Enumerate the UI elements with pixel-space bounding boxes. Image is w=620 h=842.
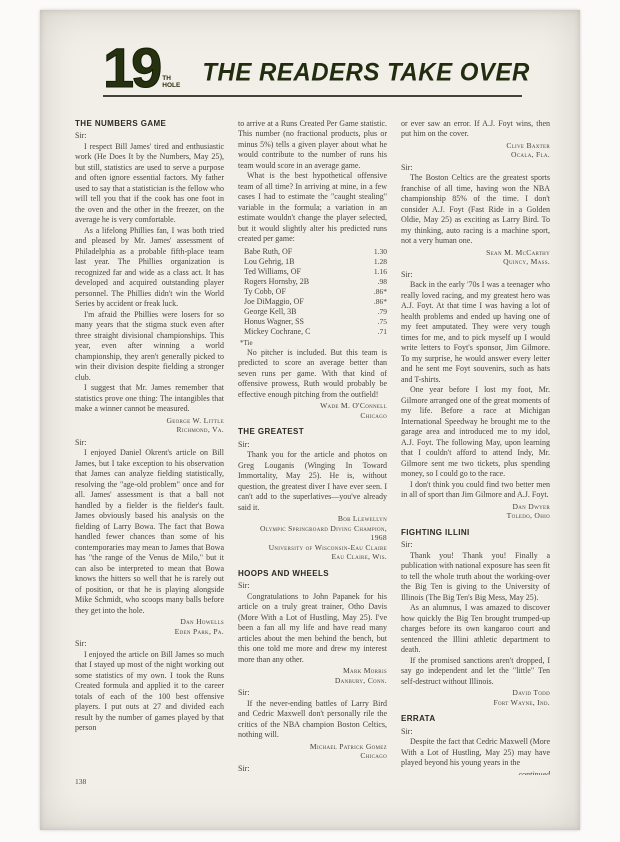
signature-location: Chicago — [238, 411, 387, 421]
salutation: Sir: — [238, 581, 387, 592]
page-title: THE READERS TAKE OVER — [202, 58, 529, 87]
player-stat-row: Lou Gehrig, 1B1.28 — [244, 257, 387, 267]
signature-location: Fort Wayne, Ind. — [401, 698, 550, 708]
letter-paragraph: The Boston Celtics are the greatest spor… — [401, 173, 550, 247]
signature-name: Dan Howells — [75, 617, 224, 627]
letter-paragraph: I'm afraid the Phillies were losers for … — [75, 310, 224, 384]
signature-location: Richmond, Va. — [75, 425, 224, 435]
signature-location: Toledo, Ohio — [401, 511, 550, 521]
signature-name: Michael Patrick Gomez — [238, 742, 387, 752]
letter-paragraph: What is the best hypothetical offensive … — [238, 171, 387, 245]
player-stats-list: Babe Ruth, OF1.30 Lou Gehrig, 1B1.28 Ted… — [244, 247, 387, 337]
signature-year: 1968 — [238, 533, 387, 543]
player-value: .71 — [378, 327, 387, 337]
player-value: .79 — [378, 307, 387, 317]
letter-signature: Clive Baxter Ocala, Fla. — [401, 141, 550, 160]
salutation: Sir: — [238, 440, 387, 451]
letter-paragraph: I enjoyed Daniel Okrent's article on Bil… — [75, 448, 224, 616]
hole-word: HOLE — [162, 82, 180, 89]
signature-name: Bob Llewellyn — [238, 514, 387, 524]
continued-marker: continued — [401, 770, 550, 775]
salutation: Sir: — [401, 727, 550, 738]
letter-signature: Michael Patrick Gomez Chicago — [238, 742, 387, 761]
letter-paragraph: Technical foul, gentlemen. Foyt's 500 wi… — [238, 774, 387, 775]
page-number: 138 — [75, 777, 86, 786]
letter-paragraph: Despite the fact that Cedric Maxwell (Mo… — [401, 737, 550, 769]
letter-paragraph: As an alumnus, I was amazed to discover … — [401, 603, 550, 656]
section-heading-fighting: FIGHTING ILLINI — [401, 528, 550, 539]
letter-paragraph: I suggest that Mr. James remember that s… — [75, 383, 224, 415]
letter-paragraph: No pitcher is included. But this team is… — [238, 348, 387, 401]
letter-paragraph: Back in the early '70s I was a teenager … — [401, 280, 550, 385]
signature-location: Eden Park, Pa. — [75, 627, 224, 637]
letter-paragraph: If the promised sanctions aren't dropped… — [401, 656, 550, 688]
signature-title: Olympic Springboard Diving Champion, — [238, 524, 387, 534]
letter-signature: Sean M. McCarthy Quincy, Mass. — [401, 248, 550, 267]
salutation: Sir: — [75, 639, 224, 650]
letter-paragraph: I don't think you could find two better … — [401, 480, 550, 501]
signature-name: Dan Dwyer — [401, 502, 550, 512]
player-name: Rogers Hornsby, 2B — [244, 277, 309, 287]
player-stat-row: Ted Williams, OF1.16 — [244, 267, 387, 277]
signature-name: Sean M. McCarthy — [401, 248, 550, 258]
player-stat-row: Honus Wagner, SS.75 — [244, 317, 387, 327]
player-stat-row: Babe Ruth, OF1.30 — [244, 247, 387, 257]
salutation: Sir: — [238, 764, 387, 775]
salutation: Sir: — [401, 163, 550, 174]
letter-paragraph: Thank you! Thank you! Finally a publicat… — [401, 551, 550, 604]
letter-signature: Mark Morris Danbury, Conn. — [238, 666, 387, 685]
salutation: Sir: — [75, 438, 224, 449]
th-ordinal: TH — [162, 75, 180, 82]
player-value: .75 — [378, 317, 387, 327]
player-value: .98 — [378, 277, 387, 287]
player-stat-row: Mickey Cochrane, C.71 — [244, 327, 387, 337]
letter-paragraph-continuation: or ever saw an error. If A.J. Foyt wins,… — [401, 119, 550, 140]
signature-name: Clive Baxter — [401, 141, 550, 151]
player-name: Ted Williams, OF — [244, 267, 301, 277]
signature-location: Danbury, Conn. — [238, 676, 387, 686]
salutation: Sir: — [401, 540, 550, 551]
section-heading-errata: ERRATA — [401, 714, 550, 725]
stats-footnote: *Tie — [240, 339, 387, 348]
letter-signature: David Todd Fort Wayne, Ind. — [401, 688, 550, 707]
letter-signature: Dan Dwyer Toledo, Ohio — [401, 502, 550, 521]
player-name: Joe DiMaggio, OF — [244, 297, 304, 307]
player-stat-row: Ty Cobb, OF.86* — [244, 287, 387, 297]
letter-paragraph: One year before I lost my foot, Mr. Gilm… — [401, 385, 550, 480]
player-value: 1.30 — [374, 247, 387, 257]
signature-location: Chicago — [238, 751, 387, 761]
player-value: 1.16 — [374, 267, 387, 277]
nineteen-number: 19 — [103, 46, 159, 90]
signature-name: Mark Morris — [238, 666, 387, 676]
magazine-page: 19 TH HOLE THE READERS TAKE OVER THE NUM… — [40, 10, 580, 830]
signature-name: George W. Little — [75, 416, 224, 426]
player-stat-row: Joe DiMaggio, OF.86* — [244, 297, 387, 307]
signature-location: Ocala, Fla. — [401, 150, 550, 160]
signature-name: Wade M. O'Connell — [238, 401, 387, 411]
player-value: .86* — [374, 297, 387, 307]
letter-signature: Dan Howells Eden Park, Pa. — [75, 617, 224, 636]
letters-columns: THE NUMBERS GAME Sir: I respect Bill Jam… — [75, 119, 550, 775]
letter-paragraph: If the never-ending battles of Larry Bir… — [238, 699, 387, 741]
player-stat-row: George Kell, 3B.79 — [244, 307, 387, 317]
letter-signature: Bob Llewellyn Olympic Springboard Diving… — [238, 514, 387, 562]
section-masthead: 19 TH HOLE THE READERS TAKE OVER — [103, 46, 522, 97]
letter-paragraph: I enjoyed the article on Bill James so m… — [75, 650, 224, 734]
player-name: Honus Wagner, SS — [244, 317, 304, 327]
signature-location: Quincy, Mass. — [401, 257, 550, 267]
player-name: George Kell, 3B — [244, 307, 297, 317]
section-heading-greatest: THE GREATEST — [238, 427, 387, 438]
th-hole-label: TH HOLE — [162, 75, 180, 89]
player-value: .86* — [374, 287, 387, 297]
letter-paragraph: Thank you for the article and photos on … — [238, 450, 387, 513]
signature-location: Eau Claire, Wis. — [238, 552, 387, 562]
player-name: Ty Cobb, OF — [244, 287, 286, 297]
player-stat-row: Rogers Hornsby, 2B.98 — [244, 277, 387, 287]
letter-paragraph-continuation: to arrive at a Runs Created Per Game sta… — [238, 119, 387, 172]
section-heading-hoops-wheels: HOOPS AND WHEELS — [238, 569, 387, 580]
letter-paragraph: I respect Bill James' tired and enthusia… — [75, 142, 224, 226]
letter-signature: George W. Little Richmond, Va. — [75, 416, 224, 435]
player-value: 1.28 — [374, 257, 387, 267]
column-right: or ever saw an error. If A.J. Foyt wins,… — [401, 119, 550, 775]
signature-school: University of Wisconsin-Eau Claire — [238, 543, 387, 553]
salutation: Sir: — [238, 688, 387, 699]
player-name: Babe Ruth, OF — [244, 247, 292, 257]
column-middle: to arrive at a Runs Created Per Game sta… — [238, 119, 387, 775]
salutation: Sir: — [401, 270, 550, 281]
signature-name: David Todd — [401, 688, 550, 698]
player-name: Mickey Cochrane, C — [244, 327, 310, 337]
column-left: THE NUMBERS GAME Sir: I respect Bill Jam… — [75, 119, 224, 775]
section-heading-numbers-game: THE NUMBERS GAME — [75, 119, 224, 130]
letter-signature: Wade M. O'Connell Chicago — [238, 401, 387, 420]
player-name: Lou Gehrig, 1B — [244, 257, 294, 267]
letter-paragraph: Congratulations to John Papanek for his … — [238, 592, 387, 666]
salutation: Sir: — [75, 131, 224, 142]
letter-paragraph: As a lifelong Phillies fan, I was both t… — [75, 226, 224, 310]
